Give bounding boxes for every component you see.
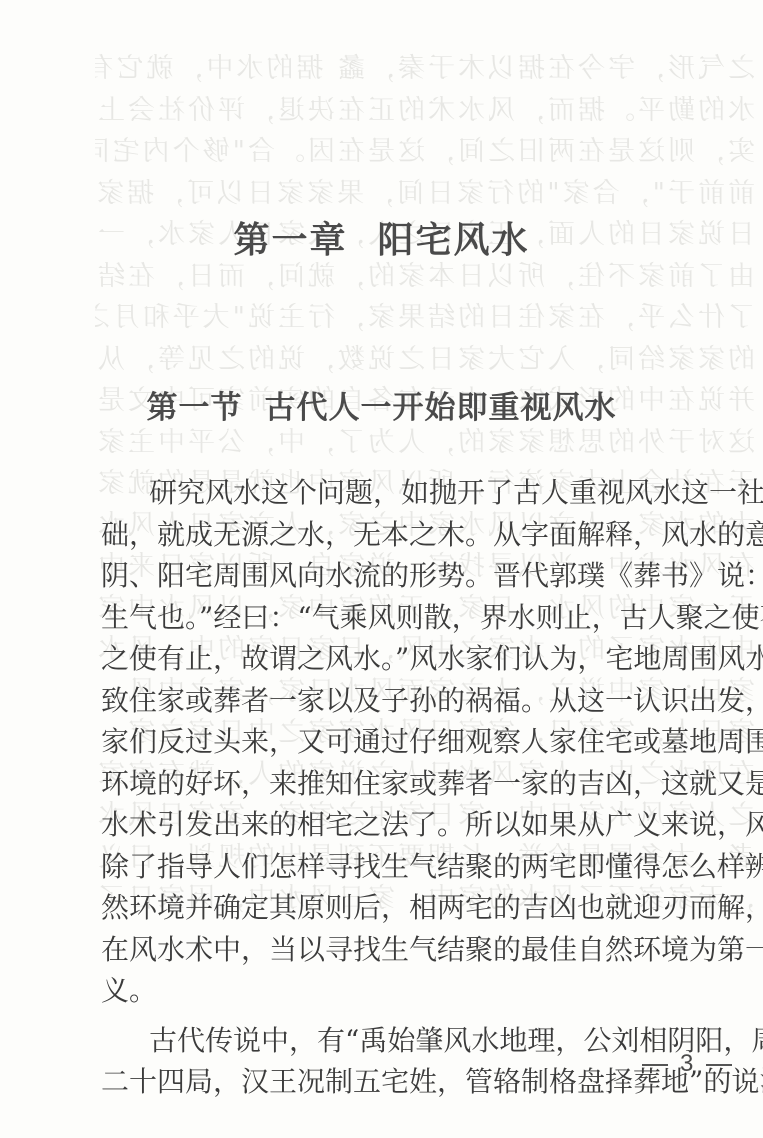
page-number-value: 3 xyxy=(680,1050,694,1077)
text-line: 然环境并确定其原则后，相两宅的吉凶也就迎刃而解，因此 xyxy=(101,887,749,929)
text-line: 础，就成无源之水，无本之木。从字面解释，风水的意思，就是 xyxy=(101,514,749,556)
section-title: 古代人一开始即重视风水 xyxy=(265,390,617,426)
paragraph-1: 研究风水这个问题，如抛开了古人重视风水这一社会基 础，就成无源之水，无本之木。从… xyxy=(101,472,749,1012)
text-line: 除了指导人们怎样寻找生气结聚的两宅即懂得怎么样辨别自 xyxy=(101,846,749,888)
dash-left xyxy=(642,1064,668,1066)
text-line: 研究风水这个问题，如抛开了古人重视风水这一社会基 xyxy=(101,472,749,514)
text-line: 生气也。”经曰：“气乘风则散，界水则止，古人聚之使不散，行 xyxy=(101,597,749,639)
chapter-title: 阳宅风水 xyxy=(378,220,530,261)
text-line: 之使有止，故谓之风水。”风水家们认为，宅地周围风水，可导 xyxy=(101,638,749,680)
text-line: 家们反过头来，又可通过仔细观察人家住宅或墓地周围自然 xyxy=(101,721,749,763)
body-text: 研究风水这个问题，如抛开了古人重视风水这一社会基 础，就成无源之水，无本之木。从… xyxy=(101,472,749,1103)
text-line: 水术引发出来的相宅之法了。所以如果从广义来说，风水术 xyxy=(101,804,749,846)
text-line: 阴、阳宅周围风向水流的形势。晋代郭璞《葬书》说：“葬者，乘 xyxy=(101,555,749,597)
chapter-number: 第一章 xyxy=(233,220,347,261)
section-number: 第一节 xyxy=(147,390,243,426)
chapter-heading: 第一章阳宅风水 xyxy=(0,212,763,263)
text-line: 在风水术中，当以寻找生气结聚的最佳自然环境为第一要 xyxy=(101,929,749,971)
text-line: 义。 xyxy=(101,970,749,1012)
dash-right xyxy=(706,1064,732,1066)
text-line: 致住家或葬者一家以及子孙的祸福。从这一认识出发，风水 xyxy=(101,680,749,722)
text-line: 环境的好坏，来推知住家或葬者一家的吉凶，这就又是由风 xyxy=(101,763,749,805)
book-page: 第一章阳宅风水 第一节古代人一开始即重视风水 研究风水这个问题，如抛开了古人重视… xyxy=(0,0,763,1138)
page-number: 3 xyxy=(630,1050,744,1078)
section-heading: 第一节古代人一开始即重视风水 xyxy=(0,382,763,427)
paragraph-gap xyxy=(101,1012,749,1020)
